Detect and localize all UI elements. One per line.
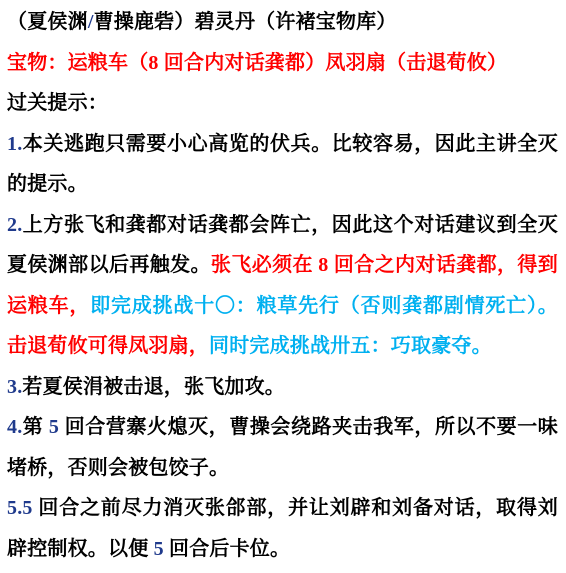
text-segment: 曹操鹿砦）碧灵丹（许褚宝物库） bbox=[94, 11, 397, 33]
text-segment: 若夏侯涓被击退，张飞加攻。 bbox=[22, 376, 285, 398]
list-number: 3. bbox=[7, 376, 22, 398]
text-segment: 即完成挑战十〇：粮草先行（否则龚都剧情死亡）。 bbox=[90, 295, 558, 317]
list-number: 4. bbox=[7, 416, 22, 438]
text-segment: 同时完成挑战卅五：巧取豪夺。 bbox=[209, 335, 492, 357]
text-segment: 过关提示： bbox=[7, 92, 108, 114]
tip-2: 2.上方张飞和龚都对话龚都会阵亡，因此这个对话建议到全灭夏侯渊部以后再触发。张飞… bbox=[7, 205, 558, 367]
tip-3: 3.若夏侯涓被击退，张飞加攻。 bbox=[7, 367, 558, 408]
turn-number: 5 bbox=[49, 416, 59, 438]
hints-heading: 过关提示： bbox=[7, 83, 558, 124]
text-segment: 宝物：运粮车（8 回合内对话龚都）凤羽扇（击退荀攸） bbox=[7, 52, 507, 74]
turn-number: 5 bbox=[154, 538, 164, 560]
list-number: 5.5 bbox=[7, 497, 33, 519]
text-segment: 回合营寨火熄灭，曹操会绕路夹击我军，所以不要一味堵桥，否则会被包饺子。 bbox=[7, 416, 558, 479]
text-segment: 第 bbox=[22, 416, 49, 438]
text-segment: 回合后卡位。 bbox=[164, 538, 290, 560]
document-page: （夏侯渊/曹操鹿砦）碧灵丹（许褚宝物库） 宝物：运粮车（8 回合内对话龚都）凤羽… bbox=[0, 0, 566, 573]
text-segment: 本关逃跑只需要小心高览的伏兵。比较容易，因此主讲全灭的提示。 bbox=[7, 133, 558, 196]
list-number: 2. bbox=[7, 214, 22, 236]
title-line: （夏侯渊/曹操鹿砦）碧灵丹（许褚宝物库） bbox=[7, 2, 558, 43]
text-segment: 击退荀攸可得凤羽扇， bbox=[7, 335, 209, 357]
tip-1: 1.本关逃跑只需要小心高览的伏兵。比较容易，因此主讲全灭的提示。 bbox=[7, 124, 558, 205]
text-segment: （夏侯渊 bbox=[7, 11, 88, 33]
tip-4: 4.第 5 回合营寨火熄灭，曹操会绕路夹击我军，所以不要一味堵桥，否则会被包饺子… bbox=[7, 407, 558, 488]
list-number: 1. bbox=[7, 133, 22, 155]
treasure-line: 宝物：运粮车（8 回合内对话龚都）凤羽扇（击退荀攸） bbox=[7, 43, 558, 84]
tip-5: 5.5 回合之前尽力消灭张郃部，并让刘辟和刘备对话，取得刘辟控制权。以便 5 回… bbox=[7, 488, 558, 569]
